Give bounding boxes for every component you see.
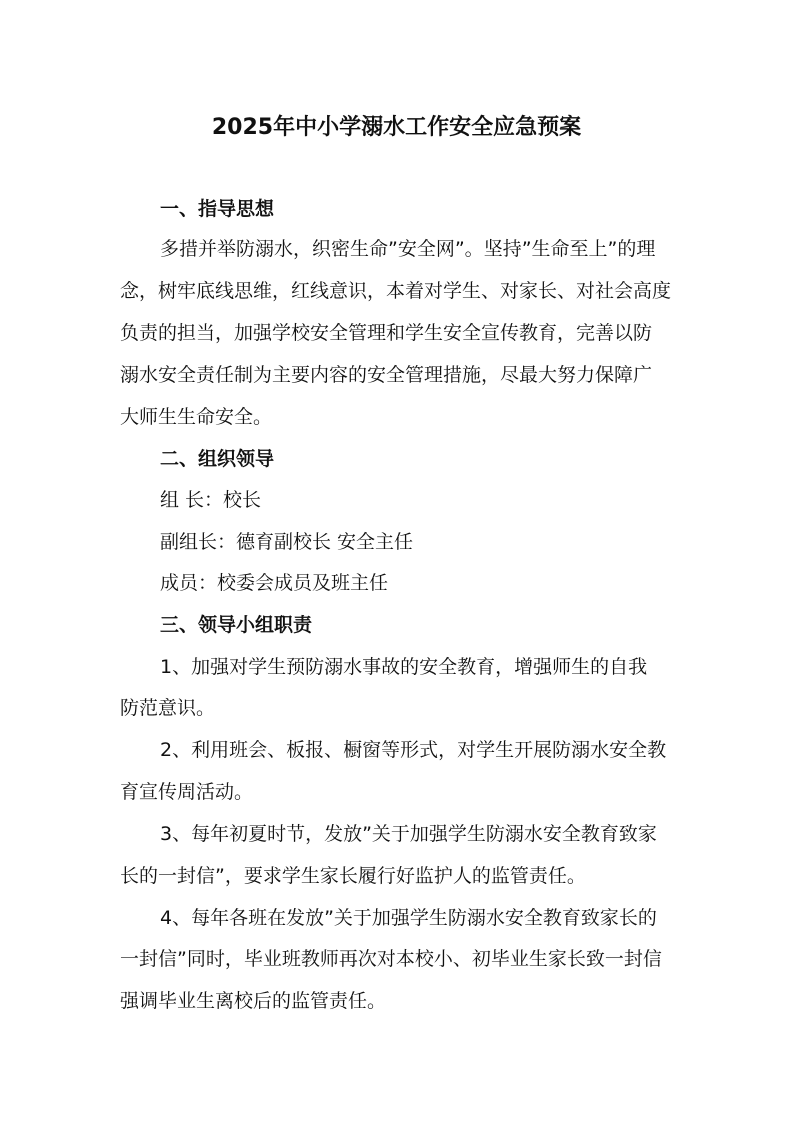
- document-page: 2025年中小学溺水工作安全应急预案 一、指导思想 多措并举防溺水，织密生命”安…: [0, 0, 793, 1122]
- document-title: 2025年中小学溺水工作安全应急预案: [0, 110, 793, 141]
- member-item-members: 成员：校委会成员及班主任: [160, 571, 720, 595]
- member-item-leader: 组 长：校长: [160, 488, 720, 512]
- section-heading-organization: 二、组织领导: [160, 447, 720, 471]
- responsibility-item-2: 2、利用班会、板报、橱窗等形式，对学生开展防溺水安全教: [160, 738, 720, 762]
- responsibility-item-4: 4、每年各班在发放”关于加强学生防溺水安全教育致家长的: [160, 906, 720, 930]
- paragraph-line: 溺水安全责任制为主要内容的安全管理措施，尽最大努力保障广: [120, 363, 680, 387]
- paragraph-line: 负责的担当，加强学校安全管理和学生安全宣传教育，完善以防: [120, 321, 680, 345]
- paragraph-line: 大师生生命安全。: [120, 405, 680, 429]
- member-item-deputy: 副组长：德育副校长 安全主任: [160, 530, 720, 554]
- section-heading-guiding-ideology: 一、指导思想: [160, 197, 720, 221]
- section-heading-responsibilities: 三、领导小组职责: [160, 613, 720, 637]
- paragraph-line: 念，树牢底线思维，红线意识，本着对学生、对家长、对社会高度: [120, 279, 680, 303]
- responsibility-item-1: 1、加强对学生预防溺水事故的安全教育，增强师生的自我: [160, 655, 720, 679]
- responsibility-item-2-cont: 育宣传周活动。: [120, 780, 680, 804]
- responsibility-item-3-cont: 长的一封信”，要求学生家长履行好监护人的监管责任。: [120, 864, 680, 888]
- paragraph-line: 多措并举防溺水，织密生命”安全网”。坚持”生命至上”的理: [160, 237, 720, 261]
- responsibility-item-4-cont: 强调毕业生离校后的监管责任。: [120, 989, 680, 1013]
- responsibility-item-1-cont: 防范意识。: [120, 696, 680, 720]
- responsibility-item-4-cont: 一封信”同时，毕业班教师再次对本校小、初毕业生家长致一封信: [120, 947, 680, 971]
- responsibility-item-3: 3、每年初夏时节，发放”关于加强学生防溺水安全教育致家: [160, 822, 720, 846]
